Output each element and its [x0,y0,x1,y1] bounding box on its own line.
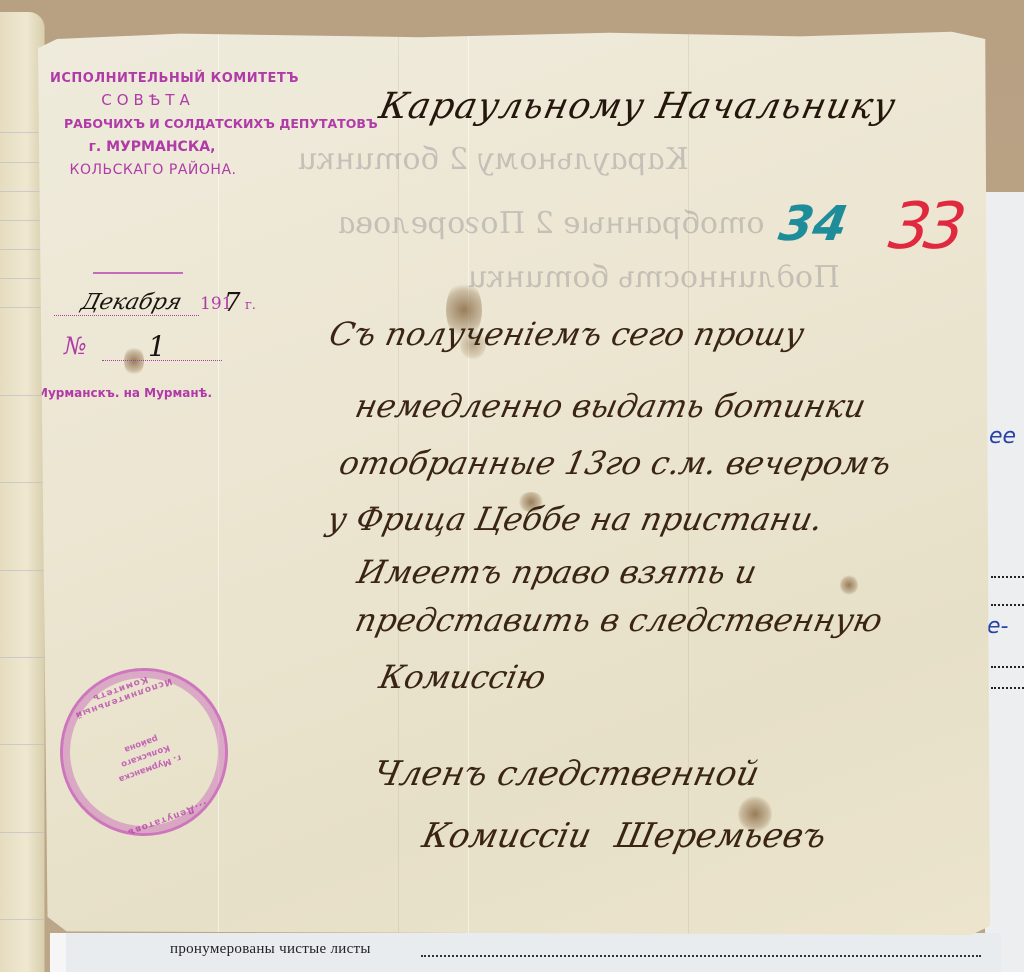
dotted-fill-line [991,604,1024,606]
letterhead-deputies: РАБОЧИХЪ И СОЛДАТСКИХЪ ДЕПУТАТОВЪ [64,118,258,131]
signature-name: Шеремьевъ [611,816,830,856]
letter-body-line: у Фрица Цеббе на пристани. [324,500,826,538]
dotted-fill-line [54,315,199,316]
blue-ink-fragment: е- [987,614,1008,639]
date-field: Декабря 191 7 г. [38,288,258,318]
folio-number-blue: 34 [775,196,852,252]
official-round-stamp: ...Депутатовъ г. Мурманска Кольскаго рай… [36,644,251,859]
ruled-line [0,220,44,221]
addressee-line: Караульному Начальнику [376,86,900,127]
ruled-line [0,657,44,658]
letterhead-soviet: СОВѢТА [38,93,258,108]
underlying-form-footer: пронумерованы чистые листы [50,933,1001,972]
date-year-handwritten: 7 [224,288,241,318]
date-year-suffix: г. [245,298,256,313]
date-month-handwritten: Декабря [79,290,185,315]
ruled-line [0,482,44,483]
ruled-line [0,919,44,920]
letter-body-line: представить в следственную [352,601,886,639]
dotted-fill-line [991,666,1024,668]
signature-commission: Комиссiи [419,816,595,856]
bleed-through-text: Караульному 2 ботинки [295,142,692,177]
ruled-line [0,278,44,279]
adjacent-ledger-page [0,12,45,972]
ruled-line [0,395,44,396]
printed-letterhead: ИСПОЛНИТЕЛЬНЫЙ КОМИТЕТЪ СОВѢТА РАБОЧИХЪ … [38,72,258,177]
underlying-form-sheet: ее е- [985,192,1024,972]
number-label: № [64,332,87,360]
handwritten-letter-sheet: Караульному 2 ботинки отобранные 2 Погор… [38,30,990,935]
letter-body-line: немедленно выдать ботинки [352,387,869,425]
form-label: пронумерованы чистые листы [170,941,371,958]
signature-line: Комиссiи Шеремьевъ [419,816,830,856]
ruled-line [0,249,44,250]
ink-stain [840,575,858,595]
letterhead-place: Мурманскъ. на Мурманѣ. [36,386,212,400]
letter-body-line: Имеетъ право взять и [354,553,760,591]
ruled-line [0,162,44,163]
ornament-divider [93,272,183,274]
document-number-field: № 1 [58,336,248,366]
stamp-outer-text-bottom: Исполнительный Комитетъ [52,660,190,727]
ruled-line [0,744,44,745]
stamp-inner-text: г. Мурманска Кольскаго района [98,722,192,788]
dotted-fill-line [421,955,981,957]
signature-title-line: Членъ следственной [370,754,763,794]
paper-crease [688,30,689,935]
dotted-fill-line [991,576,1024,578]
number-handwritten: 1 [148,330,166,363]
folio-number-red: 33 [885,190,965,264]
blue-ink-fragment: ее [989,424,1016,449]
letter-body-line: Съ полученiемъ сего прошу [326,315,808,353]
bleed-through-text: Подлинность ботинки [465,260,843,295]
ruled-line [0,307,44,308]
letterhead-city: г. МУРМАНСКА, [46,140,258,154]
letter-body-line: отобранные 13го с.м. вечеромъ [336,444,895,482]
letterhead-committee: ИСПОЛНИТЕЛЬНЫЙ КОМИТЕТЪ [50,72,258,85]
stamp-outer-text-top: ...Депутатовъ [100,789,235,846]
ruled-line [0,191,44,192]
dotted-fill-line [991,687,1024,689]
ruled-line [0,570,44,571]
ruled-line [0,132,44,133]
ruled-line [0,832,44,833]
letterhead-region: КОЛЬСКАГО РАЙОНА. [48,163,258,177]
bleed-through-text: отобранные 2 Погорелова [335,206,768,241]
letter-body-line: Комиссiю [376,658,549,696]
